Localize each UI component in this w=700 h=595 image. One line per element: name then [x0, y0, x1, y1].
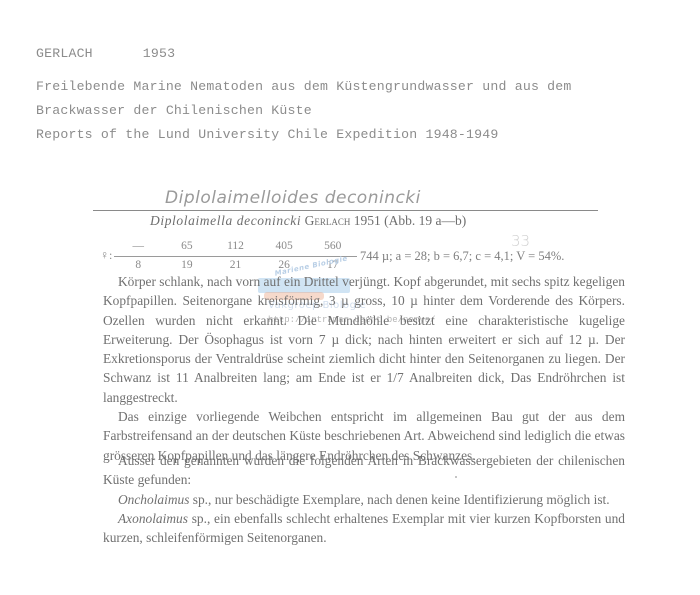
formula-numerator: 112 — [221, 240, 251, 252]
scan-speck — [455, 476, 457, 478]
fraction-line — [114, 256, 357, 257]
formula-denominator: 17 — [318, 259, 348, 271]
paragraph-intro: Ausser den genannten wurden die folgende… — [103, 451, 625, 490]
paragraph-morphology: Körper schlank, nach vorn auf ein Dritte… — [103, 272, 625, 407]
figure-reference: (Abb. 19 a—b) — [384, 213, 466, 228]
formula-measurements: 744 µ; a = 28; b = 6,7; c = 4,1; V = 54%… — [360, 249, 564, 264]
paragraph-axonolaimus: Axonolaimus sp., ein ebenfalls schlecht … — [103, 509, 625, 548]
other-species-text: Ausser den genannten wurden die folgende… — [103, 451, 625, 547]
citation-source: Reports of the Lund University Chile Exp… — [36, 127, 499, 142]
citation-title-line-1: Freilebende Marine Nematoden aus dem Küs… — [36, 79, 572, 94]
formula-denominator: 19 — [172, 259, 202, 271]
formula-fraction: —86519112214052656017 — [114, 240, 357, 274]
species-heading: Diplolaimella deconincki Gerlach 1951 (A… — [150, 213, 466, 229]
formula-denominator: 26 — [269, 259, 299, 271]
genus-name: Axonolaimus — [118, 511, 188, 526]
citation-title-line-2: Brackwasser der Chilenischen Küste — [36, 103, 312, 118]
female-symbol: ♀: — [100, 248, 112, 263]
species-year: 1951 — [354, 213, 381, 228]
description-text: Körper schlank, nach vorn auf ein Dritte… — [103, 272, 625, 465]
measurement-formula: ♀: —86519112214052656017 744 µ; a = 28; … — [100, 240, 580, 274]
citation-author-year: GERLACH1953 — [36, 46, 175, 61]
formula-denominator: 21 — [221, 259, 251, 271]
handwritten-species-name: Diplolaimelloides deconincki — [165, 188, 421, 208]
formula-numerator: 65 — [172, 240, 202, 252]
citation-author: GERLACH — [36, 46, 93, 61]
citation-year: 1953 — [143, 46, 175, 61]
formula-numerator: 560 — [318, 240, 348, 252]
species-name: Diplolaimella deconincki — [150, 213, 301, 228]
formula-numerator: — — [123, 240, 153, 252]
genus-name: Oncholaimus — [118, 492, 189, 507]
horizontal-rule — [93, 210, 598, 211]
genus-note: sp., nur beschädigte Exemplare, nach den… — [189, 492, 609, 507]
species-authority: Gerlach — [305, 213, 351, 228]
paragraph-oncholaimus: Oncholaimus sp., nur beschädigte Exempla… — [103, 490, 625, 509]
formula-denominator: 8 — [123, 259, 153, 271]
formula-numerator: 405 — [269, 240, 299, 252]
